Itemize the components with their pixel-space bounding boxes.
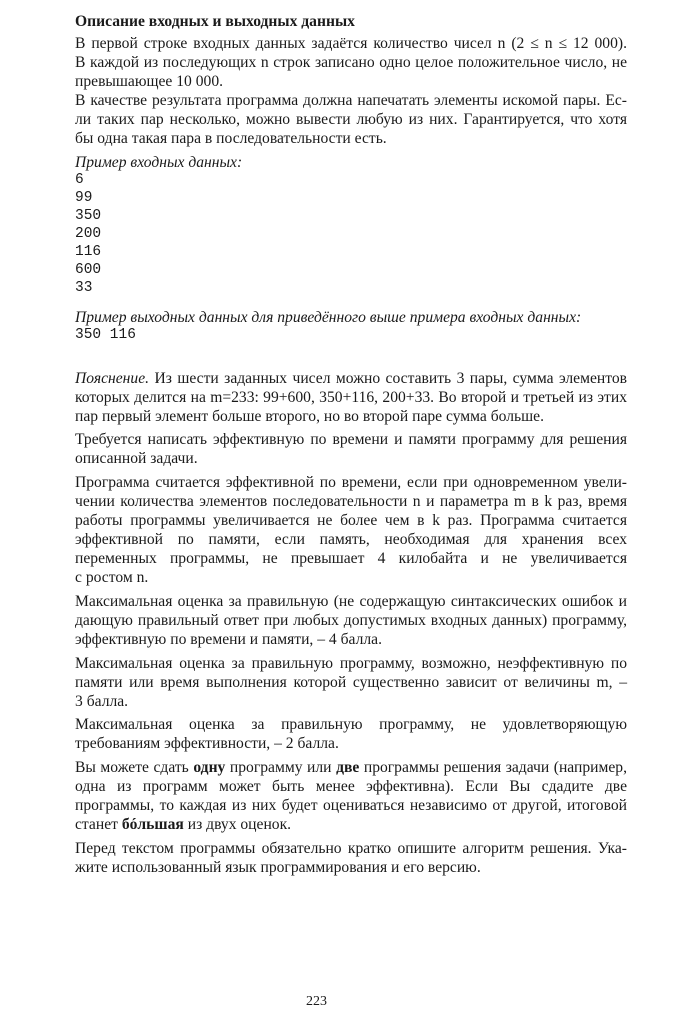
requirement-line: Требуется написать эффективную по времен…: [75, 430, 627, 449]
scoring-line: Максимальная оценка за правильную програ…: [75, 654, 627, 673]
explanation-lead: Пояснение.: [75, 370, 149, 387]
input-description-line: В каждой из последующих n строк записано…: [75, 53, 627, 72]
efficiency-line: эффективной по памяти, если память, необ…: [75, 530, 627, 549]
scoring-line: дающую правильный ответ при любых допуст…: [75, 611, 627, 630]
input-description-line: превышающее 10 000.: [75, 72, 627, 91]
efficiency-line: чении количества элементов последователь…: [75, 492, 627, 511]
efficiency-line: переменных программы, не превышает 4 кил…: [75, 549, 627, 568]
requirement-line: описанной задачи.: [75, 449, 627, 468]
input-example-line: 600: [75, 261, 627, 280]
efficiency-line: с ростом n.: [75, 568, 627, 587]
output-example-value: 350 116: [75, 326, 627, 345]
input-example-line: 350: [75, 207, 627, 226]
explanation-line: Пояснение. Из шести заданных чисел можно…: [75, 369, 627, 388]
output-description-line: В качестве результата программа должна н…: [75, 91, 627, 110]
input-example-line: 99: [75, 189, 627, 208]
scoring-line: памяти или время выполнения которой суще…: [75, 673, 627, 692]
input-example-line: 6: [75, 171, 627, 190]
scoring-line: 3 балла.: [75, 692, 627, 711]
output-description-line: бы одна такая пара в последовательности …: [75, 129, 627, 148]
input-example-line: 200: [75, 225, 627, 244]
final-note-line: Перед текстом программы обязательно крат…: [75, 839, 627, 858]
submission-line: одна из программ может быть менее эффект…: [75, 777, 627, 796]
submission-line: программы, то каждая из них будет оценив…: [75, 796, 627, 815]
scoring-line: эффективную по времени и памяти, – 4 бал…: [75, 630, 627, 649]
scoring-line: Максимальная оценка за правильную програ…: [75, 715, 627, 734]
final-note-line: жите использованный язык программировани…: [75, 858, 627, 877]
efficiency-line: Программа считается эффективной по време…: [75, 473, 627, 492]
output-description-line: ли таких пар несколько, можно вывести лю…: [75, 110, 627, 129]
submission-line: Вы можете сдать одну программу или две п…: [75, 758, 627, 777]
input-example-label: Пример входных данных:: [75, 153, 627, 172]
page-number: 223: [306, 994, 327, 1010]
explanation-line: которых делится на m=233: 99+600, 350+11…: [75, 388, 627, 407]
output-example-label: Пример выходных данных для приведённого …: [75, 308, 627, 327]
scoring-line: Максимальная оценка за правильную (не со…: [75, 592, 627, 611]
input-example-line: 116: [75, 243, 627, 262]
efficiency-line: работы программы увеличивается не более …: [75, 511, 627, 530]
scoring-line: требованиям эффективности, – 2 балла.: [75, 734, 627, 753]
section-title: Описание входных и выходных данных: [75, 12, 627, 31]
input-description-line: В первой строке входных данных задаётся …: [75, 34, 627, 53]
input-example-line: 33: [75, 279, 627, 298]
explanation-line: пар первый элемент больше второго, но во…: [75, 407, 627, 426]
submission-line: станет бóльшая из двух оценок.: [75, 815, 627, 834]
